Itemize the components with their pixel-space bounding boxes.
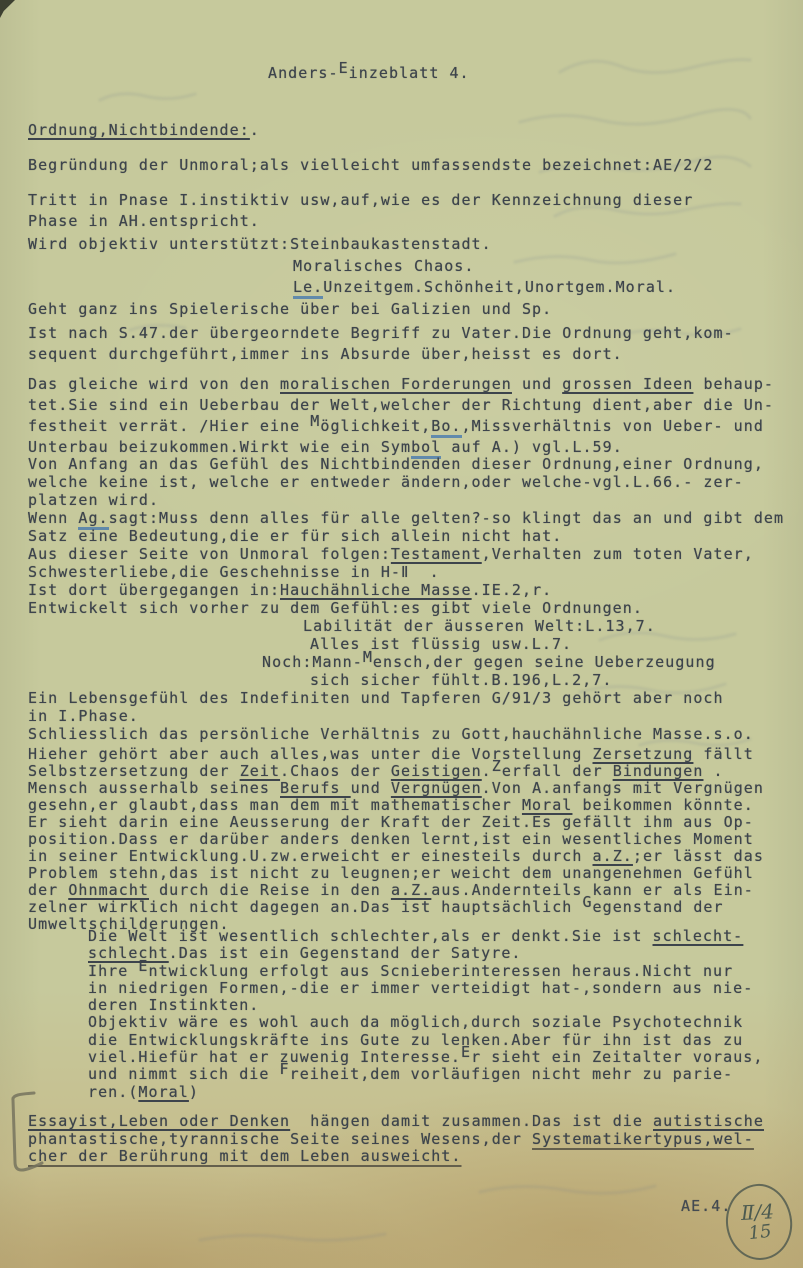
typescript-line: Alles ist flüssig usw.L.7.	[28, 635, 803, 653]
typescript-line: Entwickelt sich vorher zu dem Gefühl:es …	[28, 599, 803, 617]
text-segment: Selbstzersetzung der	[28, 762, 240, 780]
text-segment: die Entwicklungskräfte ins Gute zu lenke…	[88, 1031, 743, 1049]
text-segment: .Chaos der	[280, 762, 391, 780]
text-segment: Er sieht darin eine Aeusserung der Kraft…	[28, 813, 754, 831]
typescript-line: gesehn,er glaubt,dass man dem mit mathem…	[28, 797, 803, 814]
text-segment: Satz eine Bedeutung,die er für sich alle…	[28, 527, 562, 545]
circle-annotation-bottom: 15	[748, 1222, 773, 1244]
text-segment: Phase in AH.entspricht.	[28, 212, 260, 230]
typescript-paragraph: Begründung der Unmoral;als vielleicht um…	[28, 155, 803, 175]
text-segment: Zersetzung	[593, 745, 694, 763]
typescript-line: viel.Hiefür hat er zuwenig Interesse.Er …	[28, 1049, 803, 1066]
typescript-line: Ist nach S.47.der übergeorndete Begriff …	[28, 323, 803, 344]
scanned-page: Anders-Einzeblatt 4.Ordnung,Nichtbindend…	[0, 0, 803, 1268]
text-segment: Schwesterliebe,die Geschehnisse in H-Ⅱ .	[28, 563, 440, 581]
typescript-line: Begründung der Unmoral;als vielleicht um…	[28, 155, 803, 175]
circle-annotation-top: Ⅱ/4	[741, 1200, 775, 1224]
text-segment: E	[138, 957, 148, 975]
text-segment: hängen damit zusammen.Das ist die	[290, 1112, 653, 1130]
typescript-line: in I.Phase.	[28, 707, 803, 725]
typescript-line: Noch:Mann-Mensch,der gegen seine Ueberze…	[28, 653, 803, 671]
text-segment: Ein Lebensgefühl des Indefiniten und Tap…	[28, 689, 724, 707]
text-segment: ntwicklung erfolgt aus Scnieberinteresse…	[149, 962, 734, 980]
text-segment: M	[363, 648, 373, 666]
text-segment: Mensch ausserhalb seines	[28, 779, 280, 797]
text-segment: Schliesslich das persönliche Verhältnis …	[28, 725, 754, 743]
text-segment: tet.Sie sind ein Ueberbau der Welt,welch…	[28, 396, 774, 414]
text-segment: reiheit,dem vorläufigen nicht mehr zu pa…	[290, 1065, 734, 1083]
typescript-line: Hieher gehört aber auch alles,was unter …	[28, 746, 803, 763]
typescript-line: Schwesterliebe,die Geschehnisse in H-Ⅱ .	[28, 563, 803, 581]
text-segment: erfall der	[502, 762, 613, 780]
text-segment: egenstand der	[593, 898, 724, 916]
text-segment: inzeblatt 4.	[349, 64, 470, 82]
text-segment: Hieher gehört aber auch alles,was unter …	[28, 745, 593, 763]
typescript-line: tet.Sie sind ein Ueberbau der Welt,welch…	[28, 395, 803, 416]
text-segment: Die Welt ist wesentlich schlechter,als e…	[88, 927, 653, 945]
text-segment: der	[28, 881, 68, 899]
text-segment: auf A.) vgl.L.59.	[441, 438, 622, 456]
text-segment: Hauchähnliche Masse	[280, 581, 472, 599]
text-segment: welche keine ist, welche er entweder änd…	[28, 473, 744, 491]
typescript-paragraph: Die Welt ist wesentlich schlechter,als e…	[28, 928, 803, 1101]
typescript-line: Essayist,Leben oder Denken hängen damit …	[28, 1113, 803, 1131]
text-segment: Ohnmacht	[68, 881, 149, 899]
typescript-line: Ein Lebensgefühl des Indefiniten und Tap…	[28, 689, 803, 707]
typescript-line: und nimmt sich die Freiheit,dem vorläufi…	[28, 1066, 803, 1083]
text-segment: viel.Hiefür hat er zuwenig Interesse.	[88, 1048, 461, 1066]
text-segment: ensch,der gegen seine Ueberzeugung	[373, 653, 716, 671]
text-segment: Bo.	[431, 417, 461, 438]
text-segment: G	[582, 893, 592, 911]
text-segment: .	[250, 121, 260, 139]
text-segment: .IE.2,r.	[472, 581, 553, 599]
text-segment: fällt	[693, 745, 754, 763]
text-segment: öglichkeit,	[320, 417, 431, 435]
text-segment: Geistigen	[391, 762, 482, 780]
text-segment: Entwickelt sich vorher zu dem Gefühl:es …	[28, 599, 643, 617]
typescript-line: Ihre Entwicklung erfolgt aus Scnieberint…	[28, 963, 803, 980]
text-segment: Testament	[391, 545, 482, 563]
text-segment: Begründung der Unmoral;als vielleicht um…	[28, 156, 714, 174]
text-segment: Ihre	[88, 962, 138, 980]
text-segment: in seiner Entwicklung.U.zw.erweicht er e…	[28, 847, 593, 865]
text-segment: und	[351, 779, 391, 797]
text-segment: Geht ganz ins Spielerische über bei Gali…	[28, 300, 552, 318]
text-segment: in niedrigen Formen,-die er immer vertei…	[88, 979, 753, 997]
typescript-line: Aus dieser Seite von Unmoral folgen:Test…	[28, 545, 803, 563]
text-segment: sich sicher fühlt.B.196,L.2,7.	[310, 671, 612, 689]
typescript-line: welche keine ist, welche er entweder änd…	[28, 473, 803, 491]
text-segment: a.Z.	[593, 847, 633, 865]
text-segment: F	[280, 1060, 290, 1078]
typescript-body: Anders-Einzeblatt 4.Ordnung,Nichtbindend…	[0, 0, 803, 1268]
text-segment: festheit verrät. /Hier eine	[28, 417, 310, 435]
text-segment: Wird objektiv unterstützt:Steinbaukasten…	[28, 235, 492, 253]
typescript-line: Geht ganz ins Spielerische über bei Gali…	[28, 299, 803, 321]
typescript-line: Wenn Ag.sagt:Muss denn alles für alle ge…	[28, 509, 803, 527]
text-segment: Von Anfang an das Gefühl des Nichtbinden…	[28, 455, 764, 473]
text-segment: ren.(	[88, 1083, 138, 1101]
typescript-line: sich sicher fühlt.B.196,L.2,7.	[28, 671, 803, 689]
text-segment: E	[461, 1043, 471, 1061]
text-segment: M	[310, 412, 320, 430]
typescript-paragraph: Ordnung,Nichtbindende:.	[28, 120, 803, 140]
text-segment: Essayist,Leben oder Denken	[28, 1112, 290, 1130]
text-segment: und	[512, 375, 562, 393]
typescript-line: Phase in AH.entspricht.	[28, 211, 803, 232]
typescript-line: platzen wird.	[28, 491, 803, 509]
typescript-paragraph: Essayist,Leben oder Denken hängen damit …	[28, 1113, 803, 1166]
typescript-line: Labilität der äusseren Welt:L.13,7.	[28, 617, 803, 635]
typescript-line: Problem stehn,das ist nicht zu leugnen;e…	[28, 865, 803, 882]
typescript-line: sequent durchgeführt,immer ins Absurde ü…	[28, 344, 803, 365]
typescript-line: phantastische,tyrannische Seite seines W…	[28, 1131, 803, 1149]
typescript-paragraph: Wird objektiv unterstützt:Steinbaukasten…	[28, 234, 803, 320]
text-segment: behaup-	[693, 375, 774, 393]
text-segment: moralischen Forderungen	[280, 375, 512, 393]
text-segment: platzen wird.	[28, 491, 159, 509]
typescript-line: in seiner Entwicklung.U.zw.erweicht er e…	[28, 848, 803, 865]
text-segment: Ordnung,Nichtbindende:	[28, 121, 250, 139]
typescript-line: Mensch ausserhalb seines Berufs und Verg…	[28, 780, 803, 797]
typescript-line: Schliesslich das persönliche Verhältnis …	[28, 725, 803, 743]
typescript-line: Tritt in Pnase I.instiktiv usw,auf,wie e…	[28, 190, 803, 211]
text-segment: Le.	[293, 278, 323, 299]
text-segment: ,Missverhältnis von Ueber- und	[462, 417, 764, 435]
typescript-line: in niedrigen Formen,-die er immer vertei…	[28, 980, 803, 997]
typescript-line: ren.(Moral)	[28, 1084, 803, 1101]
text-segment: Labilität der äusseren Welt:L.13,7.	[303, 617, 656, 635]
typescript-line: position.Dass er darüber anders denken l…	[28, 831, 803, 848]
text-segment: Bindungen	[613, 762, 704, 780]
text-segment: sagt:Muss denn alles für alle gelten?-so…	[109, 509, 784, 527]
text-segment: Moral	[522, 796, 572, 814]
typescript-line: Le.Unzeitgem.Schönheit,Unortgem.Moral.	[28, 277, 803, 299]
text-segment: Problem stehn,das ist nicht zu leugnen;e…	[28, 864, 754, 882]
typescript-line: Moralisches Chaos.	[28, 256, 803, 278]
text-segment: Tritt in Pnase I.instiktiv usw,auf,wie e…	[28, 191, 693, 209]
text-segment: r sieht ein Zeitalter voraus,	[471, 1048, 763, 1066]
typescript-line: Die Welt ist wesentlich schlechter,als e…	[28, 928, 803, 945]
typescript-line: die Entwicklungskräfte ins Gute zu lenke…	[28, 1032, 803, 1049]
text-segment: phantastische,tyrannische Seite seines W…	[28, 1130, 532, 1148]
text-segment: autistische	[653, 1112, 764, 1130]
typescript-line: der Ohnmacht durch die Reise in den a.Z.…	[28, 882, 803, 899]
text-segment: Anders-	[268, 64, 339, 82]
text-segment: .	[482, 762, 492, 780]
text-segment: Systematikertypus,wel-	[532, 1130, 754, 1148]
typescript-line: Anders-Einzeblatt 4.	[28, 63, 803, 83]
typescript-line: Er sieht darin eine Aeusserung der Kraft…	[28, 814, 803, 831]
text-segment: Ist nach S.47.der übergeorndete Begriff …	[28, 324, 734, 342]
typescript-paragraph: Hieher gehört aber auch alles,was unter …	[28, 746, 803, 933]
typed-reference: AE.4.	[681, 1197, 731, 1215]
typescript-paragraph: Das gleiche wird von den moralischen For…	[28, 374, 803, 458]
typescript-line: zelner wirklich nicht dagegen an.Das ist…	[28, 899, 803, 916]
typescript-paragraph: Anders-Einzeblatt 4.	[28, 63, 803, 83]
text-segment: gesehn,er glaubt,dass man dem mit mathem…	[28, 796, 522, 814]
text-segment: Vergnügen	[391, 779, 482, 797]
text-segment: ;er lässt das	[633, 847, 764, 865]
text-segment: Unzeitgem.Schönheit,Unortgem.Moral.	[323, 278, 676, 296]
text-segment: Berufs	[280, 779, 351, 797]
text-segment: Noch:Mann-	[262, 653, 363, 671]
text-segment: E	[339, 59, 349, 77]
typescript-line: Von Anfang an das Gefühl des Nichtbinden…	[28, 455, 803, 473]
text-segment: Moralisches Chaos.	[293, 257, 474, 275]
text-segment: grossen Ideen	[562, 375, 693, 393]
typescript-line: cher der Berührung mit dem Leben ausweic…	[28, 1148, 803, 1166]
text-segment: position.Dass er darüber anders denken l…	[28, 830, 754, 848]
typescript-line: Ist dort übergegangen in:Hauchähnliche M…	[28, 581, 803, 599]
text-segment: Aus dieser Seite von Unmoral folgen:	[28, 545, 391, 563]
text-segment: )	[189, 1083, 199, 1101]
text-segment: Moral	[138, 1083, 188, 1101]
text-segment: Alles ist flüssig usw.L.7.	[310, 635, 572, 653]
text-segment: sequent durchgeführt,immer ins Absurde ü…	[28, 345, 623, 363]
text-segment: beikommen könnte.	[572, 796, 753, 814]
text-segment: und nimmt sich die	[88, 1065, 280, 1083]
text-segment: schlecht-	[653, 927, 744, 945]
text-segment: Unterbau beizukommen.Wirkt wie ein Sym	[28, 438, 411, 456]
text-segment: cher der Berührung mit dem Leben ausweic…	[28, 1147, 461, 1165]
typescript-line: Das gleiche wird von den moralischen For…	[28, 374, 803, 395]
typescript-line: Selbstzersetzung der Zeit.Chaos der Geis…	[28, 763, 803, 780]
typescript-line: Satz eine Bedeutung,die er für sich alle…	[28, 527, 803, 545]
text-segment: Z	[492, 757, 502, 775]
text-segment: .Das ist ein Gegenstand der Satyre.	[169, 944, 522, 962]
text-segment: zelner wirklich nicht dagegen an.Das ist…	[28, 898, 582, 916]
text-segment: in I.Phase.	[28, 707, 139, 725]
typescript-paragraph: Ist nach S.47.der übergeorndete Begriff …	[28, 323, 803, 365]
text-segment: Das gleiche wird von den	[28, 375, 280, 393]
text-segment: deren Instinkten.	[88, 996, 259, 1014]
typescript-line: deren Instinkten.	[28, 997, 803, 1014]
text-segment: Ist dort übergegangen in:	[28, 581, 280, 599]
text-segment: .Von A.anfangs mit Vergnügen	[482, 779, 764, 797]
typescript-line: Ordnung,Nichtbindende:.	[28, 120, 803, 140]
text-segment: Objektiv wäre es wohl auch da möglich,du…	[88, 1013, 743, 1031]
text-segment: .	[703, 762, 723, 780]
text-segment: schlecht	[88, 944, 169, 962]
text-segment: Wenn	[28, 509, 78, 527]
typescript-line: Wird objektiv unterstützt:Steinbaukasten…	[28, 234, 803, 256]
text-segment: ,Verhalten zum toten Vater,	[482, 545, 754, 563]
typescript-line: festheit verrät. /Hier eine Möglichkeit,…	[28, 416, 803, 437]
text-segment: Zeit	[240, 762, 280, 780]
text-segment: durch die Reise in den	[149, 881, 391, 899]
typescript-line: Objektiv wäre es wohl auch da möglich,du…	[28, 1014, 803, 1031]
typescript-paragraph: Von Anfang an das Gefühl des Nichtbinden…	[28, 455, 803, 743]
typescript-paragraph: Tritt in Pnase I.instiktiv usw,auf,wie e…	[28, 190, 803, 232]
text-segment: a.Z.	[391, 881, 431, 899]
